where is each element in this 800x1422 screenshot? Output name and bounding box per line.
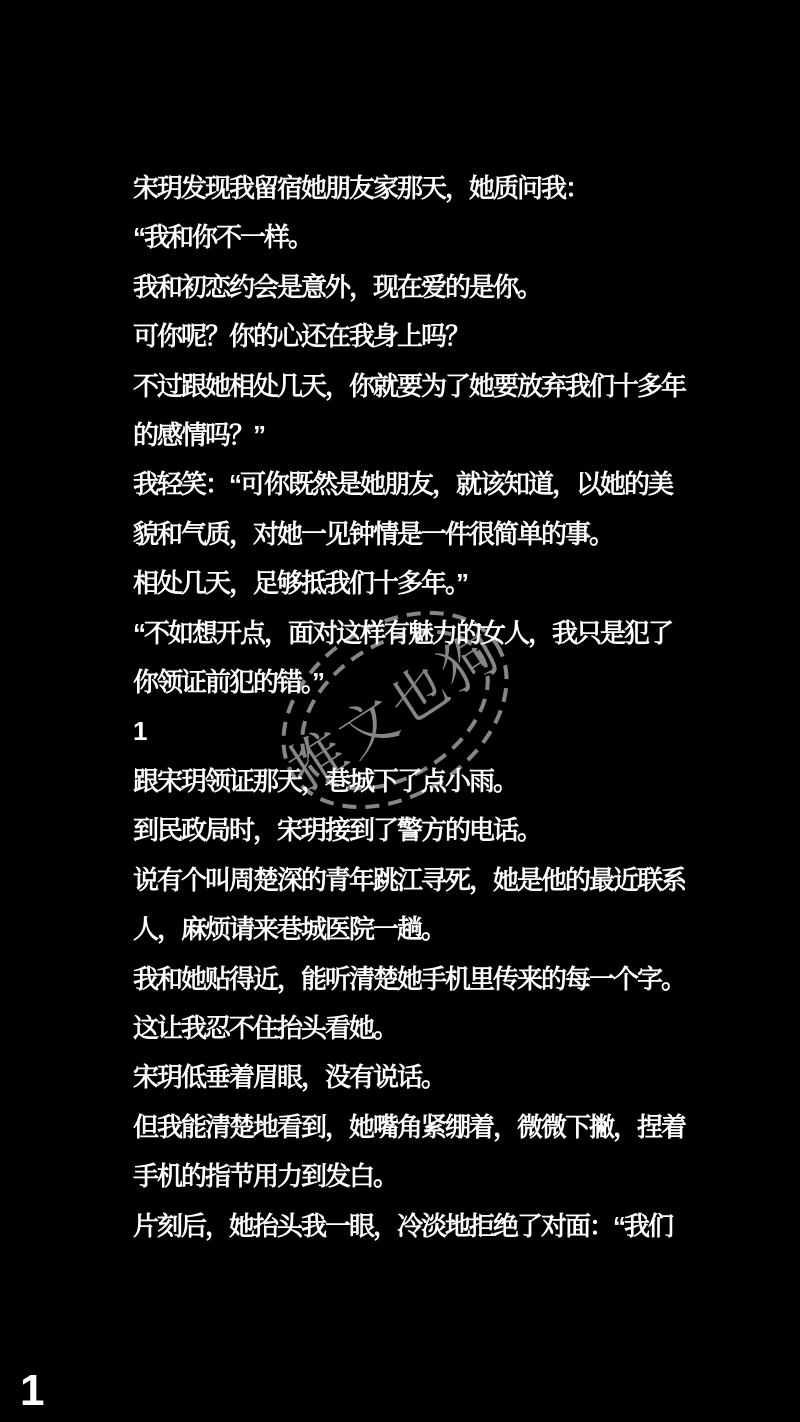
story-line: 到民政局时，宋玥接到了警方的电话。 xyxy=(133,806,733,855)
story-line: 人，麻烦请来巷城医院一趟。 xyxy=(133,905,733,954)
story-line: 你领证前犯的错。” xyxy=(133,658,733,707)
story-line: 说有个叫周楚深的青年跳江寻死，她是他的最近联系 xyxy=(133,856,733,905)
story-line: “我和你不一样。 xyxy=(133,213,733,262)
story-line: 的感情吗？” xyxy=(133,411,733,460)
story-text: 宋玥发现我留宿她朋友家那天，她质问我： “我和你不一样。 我和初恋约会是意外，现… xyxy=(133,164,733,1251)
story-line: 我和初恋约会是意外，现在爱的是你。 xyxy=(133,263,733,312)
section-number: 1 xyxy=(133,707,733,756)
page-number: 1 xyxy=(20,1366,44,1416)
story-line: 相处几天，足够抵我们十多年。” xyxy=(133,559,733,608)
story-line: 我和她贴得近，能听清楚她手机里传来的每一个字。 xyxy=(133,955,733,1004)
story-line: 貌和气质，对她一见钟情是一件很简单的事。 xyxy=(133,510,733,559)
story-line: 宋玥低垂着眉眼，没有说话。 xyxy=(133,1053,733,1102)
story-line: 不过跟她相处几天，你就要为了她要放弃我们十多年 xyxy=(133,362,733,411)
story-line: 但我能清楚地看到，她嘴角紧绷着，微微下撇，捏着 xyxy=(133,1103,733,1152)
story-line: “不如想开点，面对这样有魅力的女人，我只是犯了 xyxy=(133,609,733,658)
story-line: 手机的指节用力到发白。 xyxy=(133,1152,733,1201)
story-page: 宋玥发现我留宿她朋友家那天，她质问我： “我和你不一样。 我和初恋约会是意外，现… xyxy=(0,0,800,1422)
story-line: 片刻后，她抬头我一眼，冷淡地拒绝了对面：“我们 xyxy=(133,1202,733,1251)
story-line: 宋玥发现我留宿她朋友家那天，她质问我： xyxy=(133,164,733,213)
story-line: 跟宋玥领证那天，巷城下了点小雨。 xyxy=(133,757,733,806)
story-line: 可你呢？你的心还在我身上吗？ xyxy=(133,312,733,361)
story-line: 我轻笑：“可你既然是她朋友，就该知道，以她的美 xyxy=(133,460,733,509)
story-line: 这让我忍不住抬头看她。 xyxy=(133,1004,733,1053)
